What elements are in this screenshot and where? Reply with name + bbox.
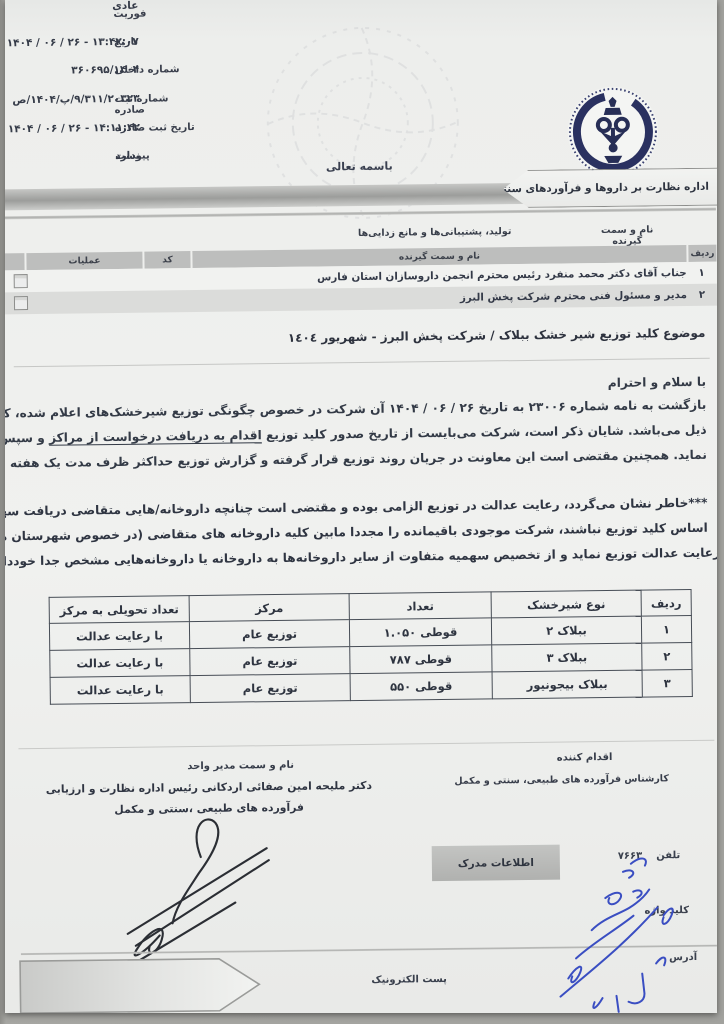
issue-date-value: ۱۴۰۴ / ۰۶ / ۲۶ - ۱۴:۱۱:۴۲ <box>8 122 140 136</box>
p1l2-underlined-phrase: اقدام به دریافت درخواست از مراکز <box>49 428 262 445</box>
cell: توزیع عام <box>189 620 349 649</box>
dist-col-type: نوع شیرخشک <box>491 590 641 618</box>
year-slogan: تولید، پشتیبانی‌ها و مانع زدایی‌ها <box>352 226 517 239</box>
scan-content: فوریت عادی تاریخ ۱۴۰۴ / ۰۶ / ۲۶ - ۱۳:۴۲:… <box>5 0 717 1013</box>
recipient-section-label: نام و سمت گیرنده <box>594 224 660 247</box>
recipient-name: جناب آقای دکتر محمد منفرد رئیس محترم انج… <box>317 267 687 284</box>
cell: با رعایت عدالت <box>50 676 190 705</box>
internal-no-value: ۳۶۰۶۹۵/۱۴۰۴ <box>71 64 139 77</box>
email-label: پست الکترونیک <box>371 974 447 986</box>
actor-label: اقدام کننده <box>539 752 631 764</box>
recipient-name: مدیر و مسئول فنی محترم شرکت پخش البرز <box>460 289 687 304</box>
cell: ببلاک ۲ <box>491 616 641 645</box>
col-row: ردیف <box>688 245 716 262</box>
university-logo-icon <box>564 83 661 180</box>
subject-line: موضوع کلید توزیع شیر خشک ببلاک / شرکت پخ… <box>288 326 706 345</box>
paragraph2-line3: رعایت عدالت توزیع نماید و از تخصیص سهمیه… <box>8 546 717 569</box>
p1l2-pre: ذیل می‌باشد. شایان ذکر است، شرکت می‌بایس… <box>262 423 707 442</box>
p1l2-post: و سپس صدور فاکتور <box>5 431 49 447</box>
manager-label: نام و سمت مدیر واحد <box>161 760 321 773</box>
cell: ۱.۰۵۰ قوطی <box>349 618 491 647</box>
scanned-letter-paper: فوریت عادی تاریخ ۱۴۰۴ / ۰۶ / ۲۶ - ۱۳:۴۲:… <box>5 0 717 1013</box>
attachment-value: ندارد <box>115 150 140 162</box>
dist-col-row: ردیف <box>641 589 691 616</box>
cell: ببلاک ۳ <box>492 643 642 672</box>
row-number: ۱ <box>687 267 717 279</box>
empty-arrow-banner <box>19 955 262 1013</box>
date-value: ۱۴۰۴ / ۰۶ / ۲۶ - ۱۳:۴۲:۰۷ <box>7 36 139 50</box>
paragraph2-line1: ***خاطر نشان می‌گردد، رعایت عدالت در توز… <box>5 496 708 520</box>
cell: با رعایت عدالت <box>49 622 189 651</box>
col-code: کد <box>144 251 190 269</box>
cell: با رعایت عدالت <box>50 649 190 678</box>
paragraph2-line2: اساس کلید توزیع نباشند، شرکت موجودی باقی… <box>5 521 708 546</box>
paragraph1-line2: ذیل می‌باشد. شایان ذکر است، شرکت می‌بایس… <box>5 423 707 447</box>
dist-col-center: مرکز <box>189 594 349 622</box>
dist-col-delivered: تعداد تحویلی به مرکز <box>49 596 189 624</box>
issue-no-value: ص/۱۴۰۴/پ/۹/۳۱۱/۲۰۳۲۳ <box>12 93 139 107</box>
operations-grid-icon <box>14 296 28 310</box>
cell: توزیع عام <box>190 674 350 703</box>
cell: ببلاک بیجونیور <box>492 670 642 699</box>
col-ops: عملیات <box>26 252 142 270</box>
paragraph1-line3: نماید. همچنین مقتضی است این معاونت در جر… <box>5 448 707 473</box>
cell: ۵۵۰ قوطی <box>350 672 492 701</box>
actor-role: کارشناس فرآورده های طبیعی، سنتی و مکمل <box>479 773 669 786</box>
operations-grid-icon <box>14 274 28 288</box>
cell: ۳ <box>642 669 692 697</box>
row-number: ۲ <box>687 289 717 301</box>
recipients-table: ردیف نام و سمت گیرنده کد عملیات ۱ جناب آ… <box>5 245 717 315</box>
besmele-text: باسمه تعالی <box>303 159 415 173</box>
greeting: با سلام و احترام <box>608 375 706 390</box>
cell: ۱ <box>641 615 691 643</box>
handwritten-note-blue <box>545 845 687 1013</box>
paragraph1-line1: بازگشت به نامه شماره ۲۳۰۰۶ به تاریخ ۲۶ /… <box>5 398 706 422</box>
divider-line <box>14 358 710 368</box>
cell: ۲ <box>642 642 692 670</box>
cell: ۷۸۷ قوطی <box>350 645 492 674</box>
dist-col-qty: تعداد <box>349 592 491 620</box>
col-blank <box>5 253 25 270</box>
document-info-box: اطلاعات مدرک <box>432 845 560 882</box>
cell: توزیع عام <box>190 647 350 676</box>
divider-line <box>18 740 714 750</box>
screenshot-root: { "colors":{"ink":"#323845","blue_ink":"… <box>0 0 724 1024</box>
distribution-table: ردیف نوع شیرخشک تعداد مرکز تعداد تحویلی … <box>49 589 693 705</box>
department-banner: اداره نظارت بر داروها و فرآوردهای سنتی <box>502 168 717 209</box>
urgency-value: عادی <box>112 0 138 12</box>
document-info-label: اطلاعات مدرک <box>458 856 534 869</box>
